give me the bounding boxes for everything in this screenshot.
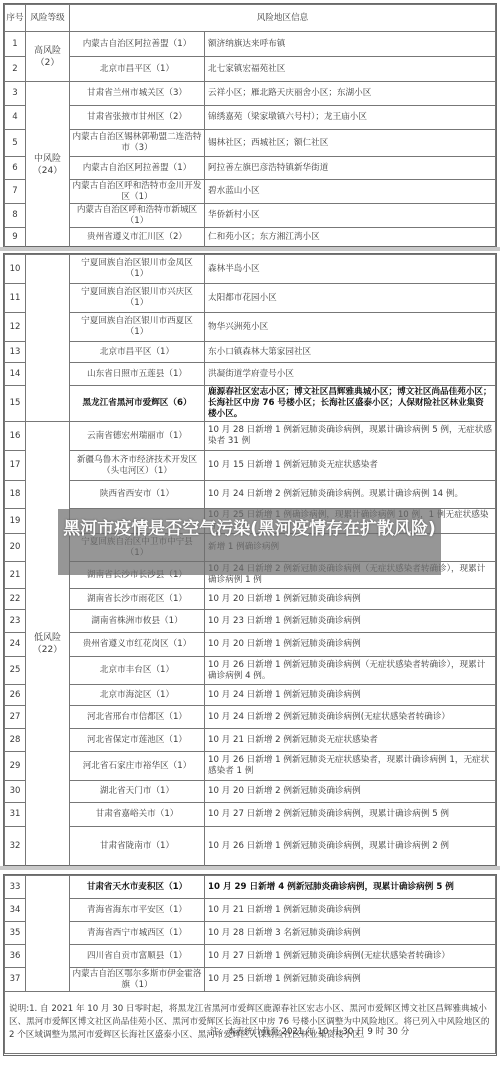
row-region: 内蒙古自治区阿拉善盟（1） (70, 157, 205, 180)
header-level: 风险等级 (26, 5, 70, 32)
table-row: 28 河北省保定市莲池区（1） 10 月 21 日新增 2 例新冠肺炎无症状感染… (5, 729, 496, 752)
table-row: 26 北京市海淀区（1） 10 月 24 日新增 1 例新冠肺炎确诊病例 (5, 685, 496, 706)
row-seq: 21 (5, 562, 26, 589)
table-row: 27 河北省邢台市信都区（1） 10 月 24 日新增 2 例新冠肺炎确诊病例(… (5, 706, 496, 729)
table-row: 18 陕西省西安市（1） 10 月 24 日新增 2 例新冠肺炎确诊病例。现累计… (5, 481, 496, 509)
row-info: 10 月 27 日新增 1 例新冠肺炎确诊病例(无症状感染者转确诊） (205, 945, 496, 968)
risk-level-low-cont (26, 876, 70, 992)
row-info: 物华兴洲苑小区 (205, 313, 496, 342)
row-info: 仁和苑小区；东方湘江湾小区 (205, 228, 496, 248)
segment-divider (0, 247, 500, 251)
row-region: 青海省海东市平安区（1） (70, 899, 205, 922)
row-region: 四川省自贡市富顺县（1） (70, 945, 205, 968)
row-seq: 8 (5, 204, 26, 228)
table-row: 25 北京市丰台区（1） 10 月 26 日新增 1 例新冠肺炎确诊病例（无症状… (5, 657, 496, 685)
row-region: 宁夏回族自治区银川市金凤区（1） (70, 255, 205, 284)
row-info: 10 月 24 日新增 2 例新冠肺炎确诊病例(无症状感染者转确诊） (205, 706, 496, 729)
row-region: 甘肃省兰州市城关区（3） (70, 82, 205, 106)
row-region: 甘肃省嘉峪关市（1） (70, 803, 205, 827)
footnote: 注：本表统计截至 2021 年 10 月 30 日 9 时 30 分 (210, 1025, 409, 1037)
table-row: 2 北京市昌平区（1） 北七家镇宏福苑社区 (5, 57, 496, 82)
row-region: 内蒙古自治区呼和浩特市新城区（1） (70, 204, 205, 228)
row-seq: 19 (5, 509, 26, 534)
row-info: 10 月 20 日新增 2 例新冠肺炎确诊病例 (205, 781, 496, 803)
table-row: 34 青海省海东市平安区（1） 10 月 21 日新增 1 例新冠肺炎确诊病例 (5, 899, 496, 922)
row-info: 10 月 26 日新增 1 例新冠肺炎无症状感染者，现累计确诊病例 1，无症状感… (205, 752, 496, 781)
row-info: 碧水蓝山小区 (205, 180, 496, 204)
row-info: 洪凝街道学府壹号小区 (205, 363, 496, 386)
table-row: 33 甘肃省天水市麦积区（1） 10 月 29 日新增 4 例新冠肺炎确诊病例，… (5, 876, 496, 899)
table-header-row: 序号 风险等级 风险地区信息 (5, 5, 496, 32)
row-info: 10 月 20 日新增 1 例新冠肺炎确诊病例 (205, 633, 496, 657)
segment-divider (0, 866, 500, 870)
row-info: 锡林社区；西城社区；额仁社区 (205, 130, 496, 157)
row-seq: 5 (5, 130, 26, 157)
row-info: 锦绣嘉苑（梁家墩镇六号村）；龙王庙小区 (205, 106, 496, 130)
row-region: 内蒙古自治区锡林郭勒盟二连浩特市（3） (70, 130, 205, 157)
row-info: 阿拉善左旗巴彦浩特镇新华街道 (205, 157, 496, 180)
row-seq: 18 (5, 481, 26, 509)
row-region: 甘肃省张掖市甘州区（2） (70, 106, 205, 130)
risk-level-medium-cont (26, 255, 70, 422)
row-seq: 7 (5, 180, 26, 204)
row-region: 河北省保定市莲池区（1） (70, 729, 205, 752)
row-seq: 13 (5, 342, 26, 363)
table-row: 4 甘肃省张掖市甘州区（2） 锦绣嘉苑（梁家墩镇六号村）；龙王庙小区 (5, 106, 496, 130)
row-seq: 36 (5, 945, 26, 968)
row-seq: 10 (5, 255, 26, 284)
table-row: 5 内蒙古自治区锡林郭勒盟二连浩特市（3） 锡林社区；西城社区；额仁社区 (5, 130, 496, 157)
row-region: 云南省德宏州瑞丽市（1） (70, 422, 205, 451)
row-seq: 31 (5, 803, 26, 827)
row-seq: 20 (5, 534, 26, 562)
row-seq: 14 (5, 363, 26, 386)
row-seq: 37 (5, 968, 26, 992)
row-seq: 24 (5, 633, 26, 657)
row-region: 宁夏回族自治区银川市兴庆区（1） (70, 284, 205, 313)
table-row: 1 高风险（2） 内蒙古自治区阿拉善盟（1） 额济纳旗达来呼布镇 (5, 32, 496, 57)
row-info: 10 月 28 日新增 1 例新冠肺炎确诊病例，现累计确诊病例 5 例，无症状感… (205, 422, 496, 451)
table-row: 23 湖南省株洲市攸县（1） 10 月 23 日新增 1 例新冠肺炎确诊病例 (5, 610, 496, 633)
row-region: 湖北省天门市（1） (70, 781, 205, 803)
table-row: 6 内蒙古自治区阿拉善盟（1） 阿拉善左旗巴彦浩特镇新华街道 (5, 157, 496, 180)
row-region: 宁夏回族自治区银川市西夏区（1） (70, 313, 205, 342)
row-seq: 1 (5, 32, 26, 57)
table-row: 16 低风险（22） 云南省德宏州瑞丽市（1） 10 月 28 日新增 1 例新… (5, 422, 496, 451)
row-seq: 15 (5, 386, 26, 422)
row-seq: 27 (5, 706, 26, 729)
row-info: 额济纳旗达来呼布镇 (205, 32, 496, 57)
notes-row: 说明:1. 自 2021 年 10 月 30 日零时起，将黑龙江省黑河市爱辉区鹿… (5, 992, 496, 1054)
header-info: 风险地区信息 (70, 5, 496, 32)
row-region: 河北省石家庄市裕华区（1） (70, 752, 205, 781)
row-seq: 25 (5, 657, 26, 685)
row-seq: 16 (5, 422, 26, 451)
table-row: 31 甘肃省嘉峪关市（1） 10 月 27 日新增 2 例新冠肺炎确诊病例，现累… (5, 803, 496, 827)
row-region: 甘肃省天水市麦积区（1） (70, 876, 205, 899)
row-info: 10 月 15 日新增 1 例新冠肺炎无症状感染者 (205, 451, 496, 481)
row-seq: 34 (5, 899, 26, 922)
row-region: 山东省日照市五莲县（1） (70, 363, 205, 386)
table-row: 35 青海省西宁市城西区（1） 10 月 28 日新增 3 名新冠肺炎确诊病例 (5, 922, 496, 945)
table-row: 3 中风险（24） 甘肃省兰州市城关区（3） 云祥小区；雁北路天庆丽舍小区；东湖… (5, 82, 496, 106)
row-region: 贵州省遵义市汇川区（2） (70, 228, 205, 248)
row-region: 湖南省长沙市雨花区（1） (70, 589, 205, 610)
row-region: 湖南省株洲市攸县（1） (70, 610, 205, 633)
row-region: 青海省西宁市城西区（1） (70, 922, 205, 945)
row-seq: 26 (5, 685, 26, 706)
table-row: 8 内蒙古自治区呼和浩特市新城区（1） 华侨新村小区 (5, 204, 496, 228)
row-info: 10 月 21 日新增 2 例新冠肺炎无症状感染者 (205, 729, 496, 752)
row-seq: 28 (5, 729, 26, 752)
table-segment-1: 序号 风险等级 风险地区信息 1 高风险（2） 内蒙古自治区阿拉善盟（1） 额济… (3, 3, 497, 247)
row-region: 内蒙古自治区呼和浩特市金川开发区（1） (70, 180, 205, 204)
row-info: 云祥小区；雁北路天庆丽舍小区；东湖小区 (205, 82, 496, 106)
row-seq: 32 (5, 827, 26, 867)
row-region: 北京市昌平区（1） (70, 342, 205, 363)
row-region: 新疆乌鲁木齐市经济技术开发区（头屯河区）（1） (70, 451, 205, 481)
row-region: 陕西省西安市（1） (70, 481, 205, 509)
row-region: 北京市昌平区（1） (70, 57, 205, 82)
row-seq: 33 (5, 876, 26, 899)
table-row: 22 湖南省长沙市雨花区（1） 10 月 20 日新增 1 例新冠肺炎确诊病例 (5, 589, 496, 610)
row-region: 北京市丰台区（1） (70, 657, 205, 685)
table-row: 17 新疆乌鲁木齐市经济技术开发区（头屯河区）（1） 10 月 15 日新增 1… (5, 451, 496, 481)
row-seq: 2 (5, 57, 26, 82)
row-info: 10 月 24 日新增 1 例新冠肺炎确诊病例 (205, 685, 496, 706)
row-region: 内蒙古自治区阿拉善盟（1） (70, 32, 205, 57)
table-row: 12 宁夏回族自治区银川市西夏区（1） 物华兴洲苑小区 (5, 313, 496, 342)
row-info: 10 月 29 日新增 4 例新冠肺炎确诊病例，现累计确诊病例 5 例 (205, 876, 496, 899)
risk-level-medium: 中风险（24） (26, 82, 70, 248)
table-row: 24 贵州省遵义市红花岗区（1） 10 月 20 日新增 1 例新冠肺炎确诊病例 (5, 633, 496, 657)
table-row: 15 黑龙江省黑河市爱辉区（6） 鹿源春社区宏志小区；博文社区昌辉雅典城小区；博… (5, 386, 496, 422)
row-info: 10 月 25 日新增 1 例新冠肺炎确诊病例 (205, 968, 496, 992)
table-row: 11 宁夏回族自治区银川市兴庆区（1） 太阳都市花园小区 (5, 284, 496, 313)
row-info: 10 月 23 日新增 1 例新冠肺炎确诊病例 (205, 610, 496, 633)
row-info: 10 月 28 日新增 3 名新冠肺炎确诊病例 (205, 922, 496, 945)
row-region: 河北省邢台市信都区（1） (70, 706, 205, 729)
table-row: 13 北京市昌平区（1） 东小口镇森林大第家园社区 (5, 342, 496, 363)
table-row: 29 河北省石家庄市裕华区（1） 10 月 26 日新增 1 例新冠肺炎无症状感… (5, 752, 496, 781)
row-seq: 23 (5, 610, 26, 633)
row-info: 10 月 27 日新增 2 例新冠肺炎确诊病例，现累计确诊病例 5 例 (205, 803, 496, 827)
row-info: 10 月 20 日新增 1 例新冠肺炎确诊病例 (205, 589, 496, 610)
row-seq: 12 (5, 313, 26, 342)
row-region: 黑龙江省黑河市爱辉区（6） (70, 386, 205, 422)
table-row: 14 山东省日照市五莲县（1） 洪凝街道学府壹号小区 (5, 363, 496, 386)
row-seq: 9 (5, 228, 26, 248)
row-seq: 22 (5, 589, 26, 610)
row-info: 东小口镇森林大第家园社区 (205, 342, 496, 363)
risk-level-low: 低风险（22） (26, 422, 70, 867)
notes-text: 说明:1. 自 2021 年 10 月 30 日零时起，将黑龙江省黑河市爱辉区鹿… (5, 992, 496, 1054)
table-row: 37 内蒙古自治区鄂尔多斯市伊金霍洛旗（1） 10 月 25 日新增 1 例新冠… (5, 968, 496, 992)
row-region: 贵州省遵义市红花岗区（1） (70, 633, 205, 657)
table-row: 36 四川省自贡市富顺县（1） 10 月 27 日新增 1 例新冠肺炎确诊病例(… (5, 945, 496, 968)
row-region: 北京市海淀区（1） (70, 685, 205, 706)
table-row: 9 贵州省遵义市汇川区（2） 仁和苑小区；东方湘江湾小区 (5, 228, 496, 248)
row-info: 10 月 26 日新增 1 例新冠肺炎确诊病例（无症状感染者转确诊），现累计确诊… (205, 657, 496, 685)
table-row: 7 内蒙古自治区呼和浩特市金川开发区（1） 碧水蓝山小区 (5, 180, 496, 204)
row-region: 甘肃省陇南市（1） (70, 827, 205, 867)
row-seq: 3 (5, 82, 26, 106)
row-info: 鹿源春社区宏志小区；博文社区昌辉雅典城小区；博文社区尚品佳苑小区；长海社区中房 … (205, 386, 496, 422)
row-info: 森林半岛小区 (205, 255, 496, 284)
table-row: 32 甘肃省陇南市（1） 10 月 26 日新增 1 例新冠肺炎确诊病例，现累计… (5, 827, 496, 867)
table-row: 30 湖北省天门市（1） 10 月 20 日新增 2 例新冠肺炎确诊病例 (5, 781, 496, 803)
row-seq: 11 (5, 284, 26, 313)
row-info: 太阳都市花园小区 (205, 284, 496, 313)
risk-table-part-1: 序号 风险等级 风险地区信息 1 高风险（2） 内蒙古自治区阿拉善盟（1） 额济… (4, 4, 496, 248)
row-info: 北七家镇宏福苑社区 (205, 57, 496, 82)
row-region: 内蒙古自治区鄂尔多斯市伊金霍洛旗（1） (70, 968, 205, 992)
row-seq: 35 (5, 922, 26, 945)
row-seq: 29 (5, 752, 26, 781)
row-info: 10 月 21 日新增 1 例新冠肺炎确诊病例 (205, 899, 496, 922)
headline-overlay: 黑河市疫情是否空气污染(黑河疫情存在扩散风险) (58, 509, 441, 575)
row-seq: 17 (5, 451, 26, 481)
header-seq: 序号 (5, 5, 26, 32)
row-seq: 4 (5, 106, 26, 130)
risk-level-high: 高风险（2） (26, 32, 70, 82)
table-row: 10 宁夏回族自治区银川市金凤区（1） 森林半岛小区 (5, 255, 496, 284)
row-info: 10 月 24 日新增 2 例新冠肺炎确诊病例。现累计确诊病例 14 例。 (205, 481, 496, 509)
row-seq: 6 (5, 157, 26, 180)
row-info: 华侨新村小区 (205, 204, 496, 228)
row-info: 10 月 26 日新增 1 例新冠肺炎确诊病例，现累计确诊病例 2 例 (205, 827, 496, 867)
row-seq: 30 (5, 781, 26, 803)
